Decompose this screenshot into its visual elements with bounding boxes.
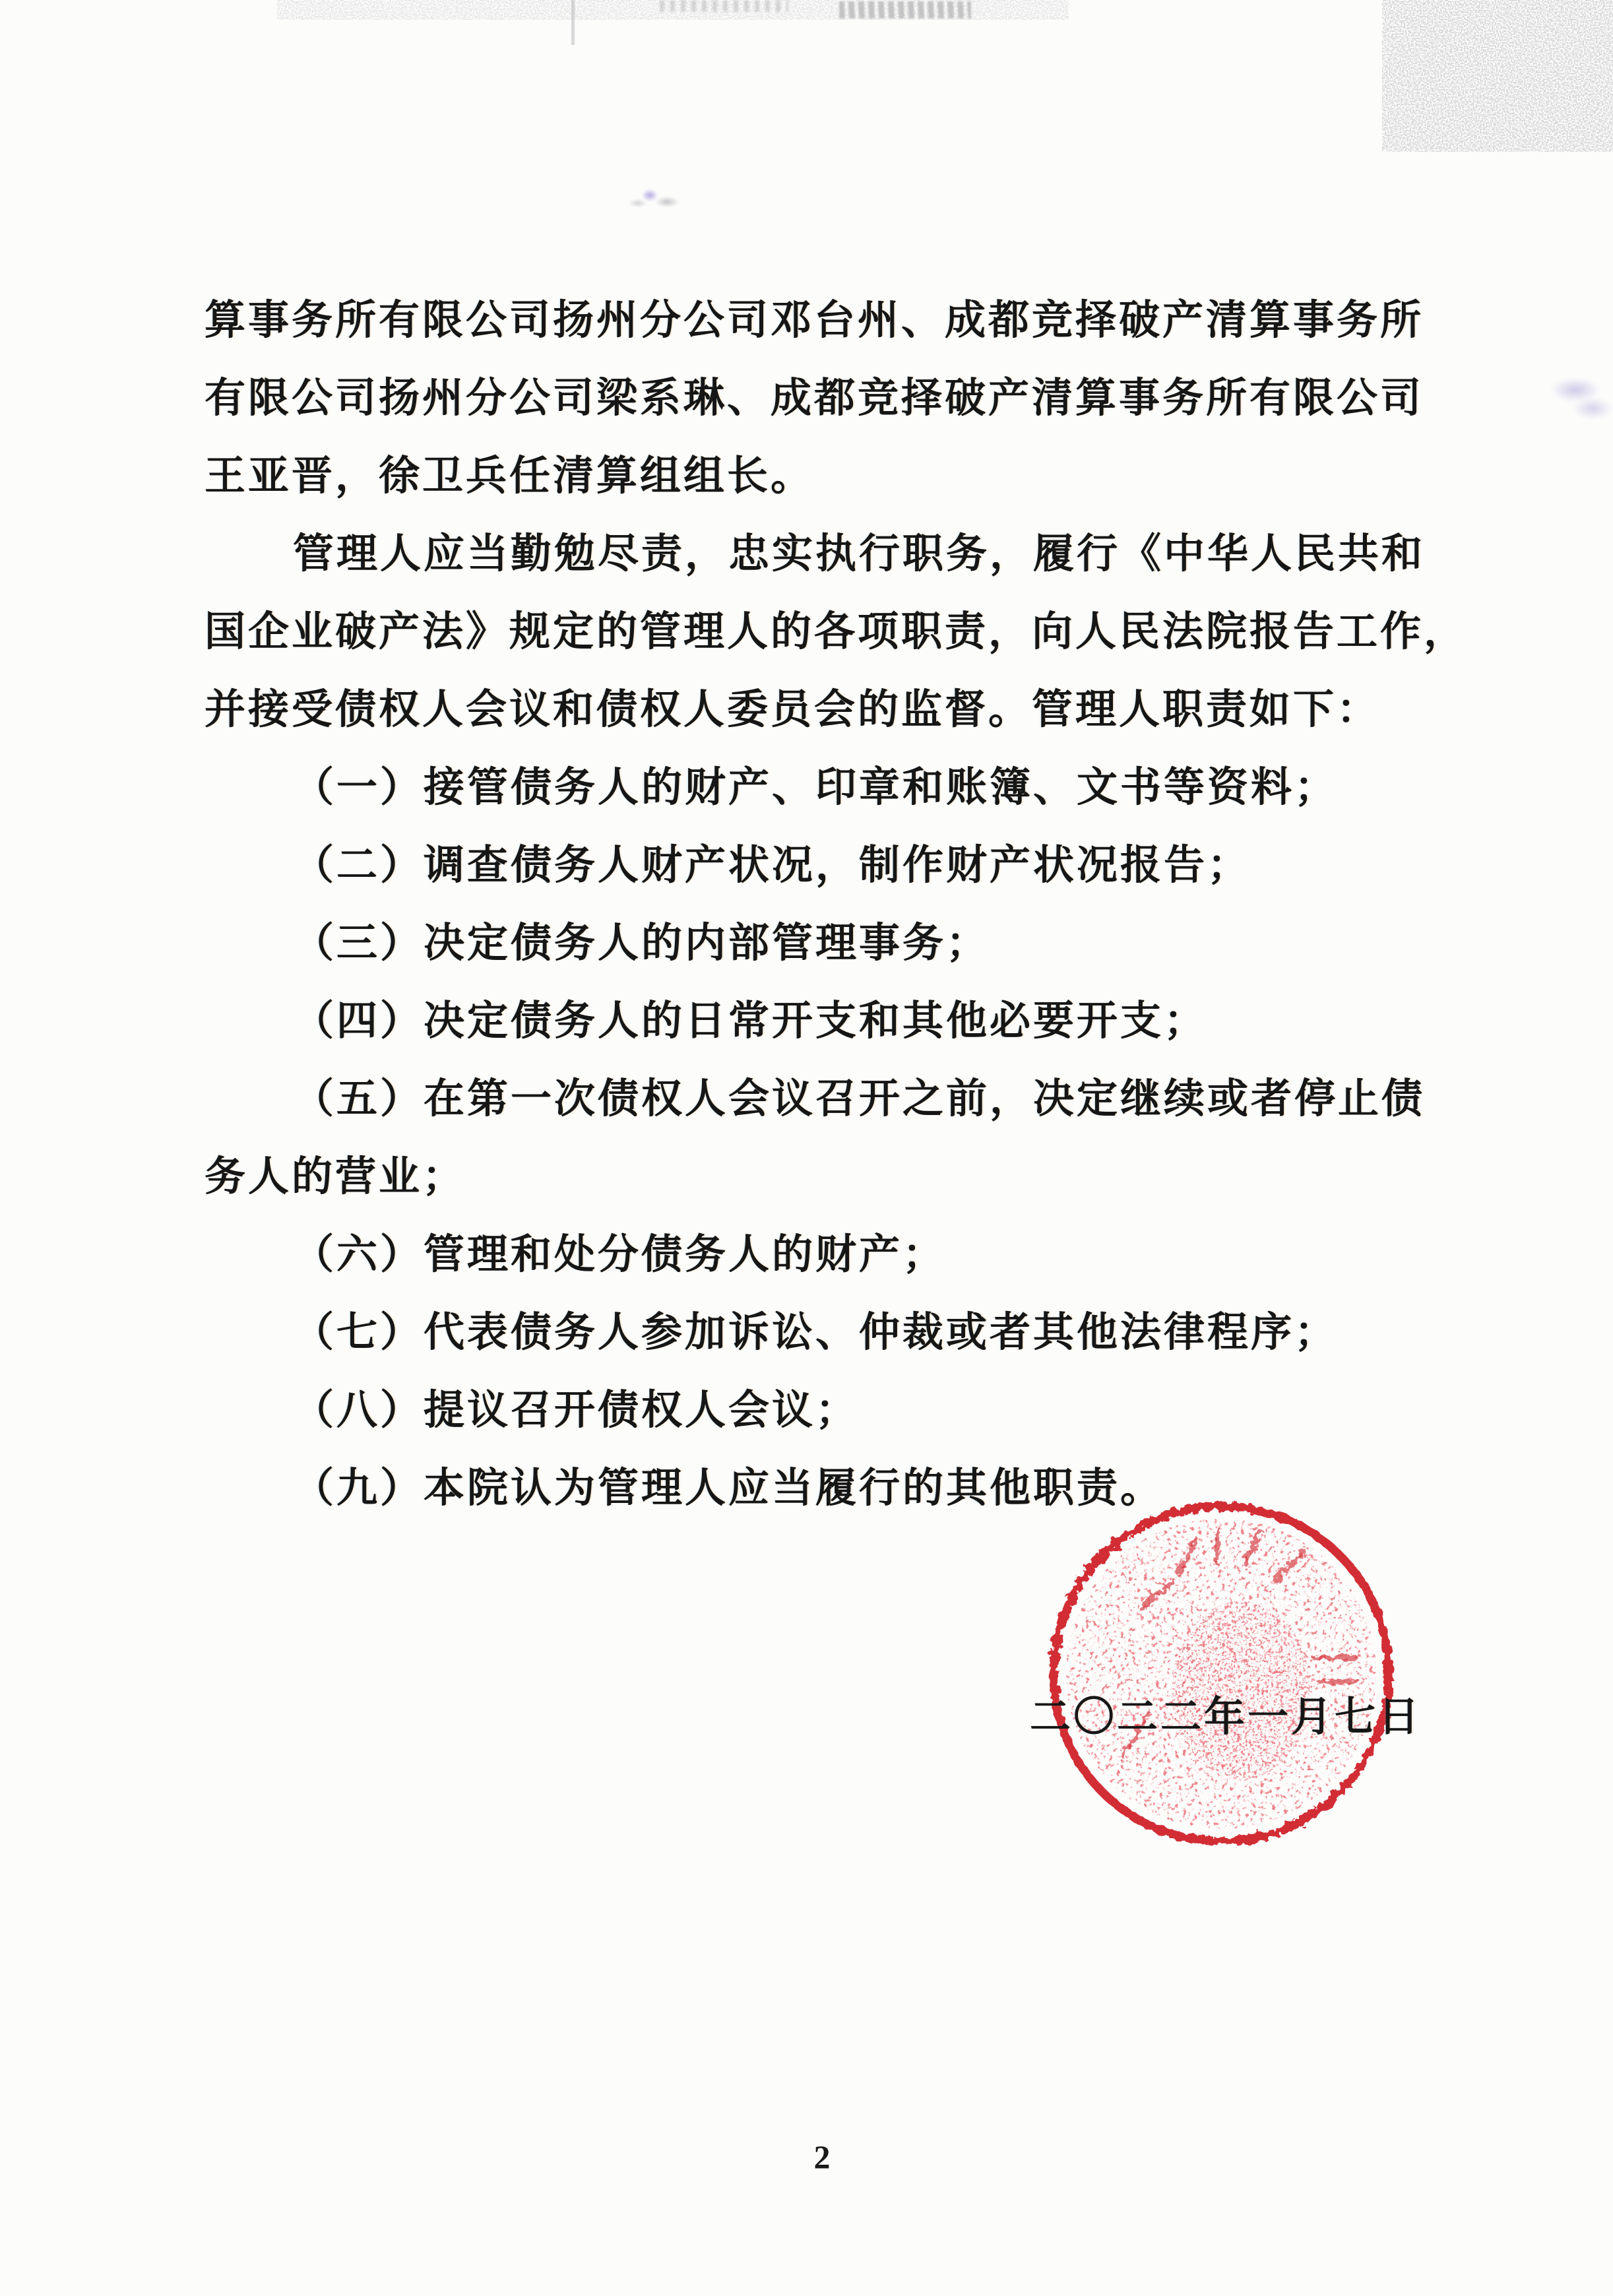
body-line: 管理人应当勤勉尽责，忠实执行职务，履行《中华人民共和 — [205, 515, 1458, 593]
document-body: 算事务所有限公司扬州分公司邓台州、成都竞择破产清算事务所 有限公司扬州分公司梁系… — [205, 282, 1458, 1527]
duty-item-3: （三）决定债务人的内部管理事务； — [205, 905, 1458, 982]
duty-item-5: （五）在第一次债权人会议召开之前，决定继续或者停止债 — [205, 1060, 1458, 1138]
body-line: 有限公司扬州分公司梁系琳、成都竞择破产清算事务所有限公司 — [205, 360, 1458, 437]
duty-item-8: （八）提议召开债权人会议； — [205, 1372, 1458, 1450]
scan-noise-top-band — [277, 0, 1069, 20]
duty-item-2: （二）调查债务人财产状况，制作财产状况报告； — [205, 827, 1458, 905]
scan-edge-tick — [571, 0, 575, 45]
duty-item-1: （一）接管债务人的财产、印章和账簿、文书等资料； — [205, 749, 1458, 827]
scan-smudge-top-left — [660, 0, 788, 12]
body-line: 王亚晋，徐卫兵任清算组组长。 — [205, 437, 1458, 515]
right-edge-ink-blob — [1536, 371, 1613, 430]
scan-smudge-top-right — [839, 1, 971, 18]
scan-noise-corner — [1382, 0, 1613, 152]
duty-item-6: （六）管理和处分债务人的财产； — [205, 1216, 1458, 1294]
document-date: 二〇二二年一月七日 — [1030, 1684, 1422, 1742]
body-line: 并接受债权人会议和债权人委员会的监督。管理人职责如下： — [205, 671, 1458, 749]
duty-item-7: （七）代表债务人参加诉讼、仲裁或者其他法律程序； — [205, 1294, 1458, 1372]
duty-item-4: （四）决定债务人的日常开支和其他必要开支； — [205, 982, 1458, 1060]
body-line: 算事务所有限公司扬州分公司邓台州、成都竞择破产清算事务所 — [205, 282, 1458, 360]
official-red-seal — [1043, 1496, 1399, 1852]
page-number: 2 — [814, 2138, 831, 2176]
duty-item-5-continued: 务人的营业； — [205, 1138, 1458, 1216]
ink-scribble-smudge — [629, 179, 693, 215]
body-line: 国企业破产法》规定的管理人的各项职责，向人民法院报告工作， — [205, 593, 1458, 671]
scanned-court-document-page: 算事务所有限公司扬州分公司邓台州、成都竞择破产清算事务所 有限公司扬州分公司梁系… — [0, 0, 1613, 2296]
